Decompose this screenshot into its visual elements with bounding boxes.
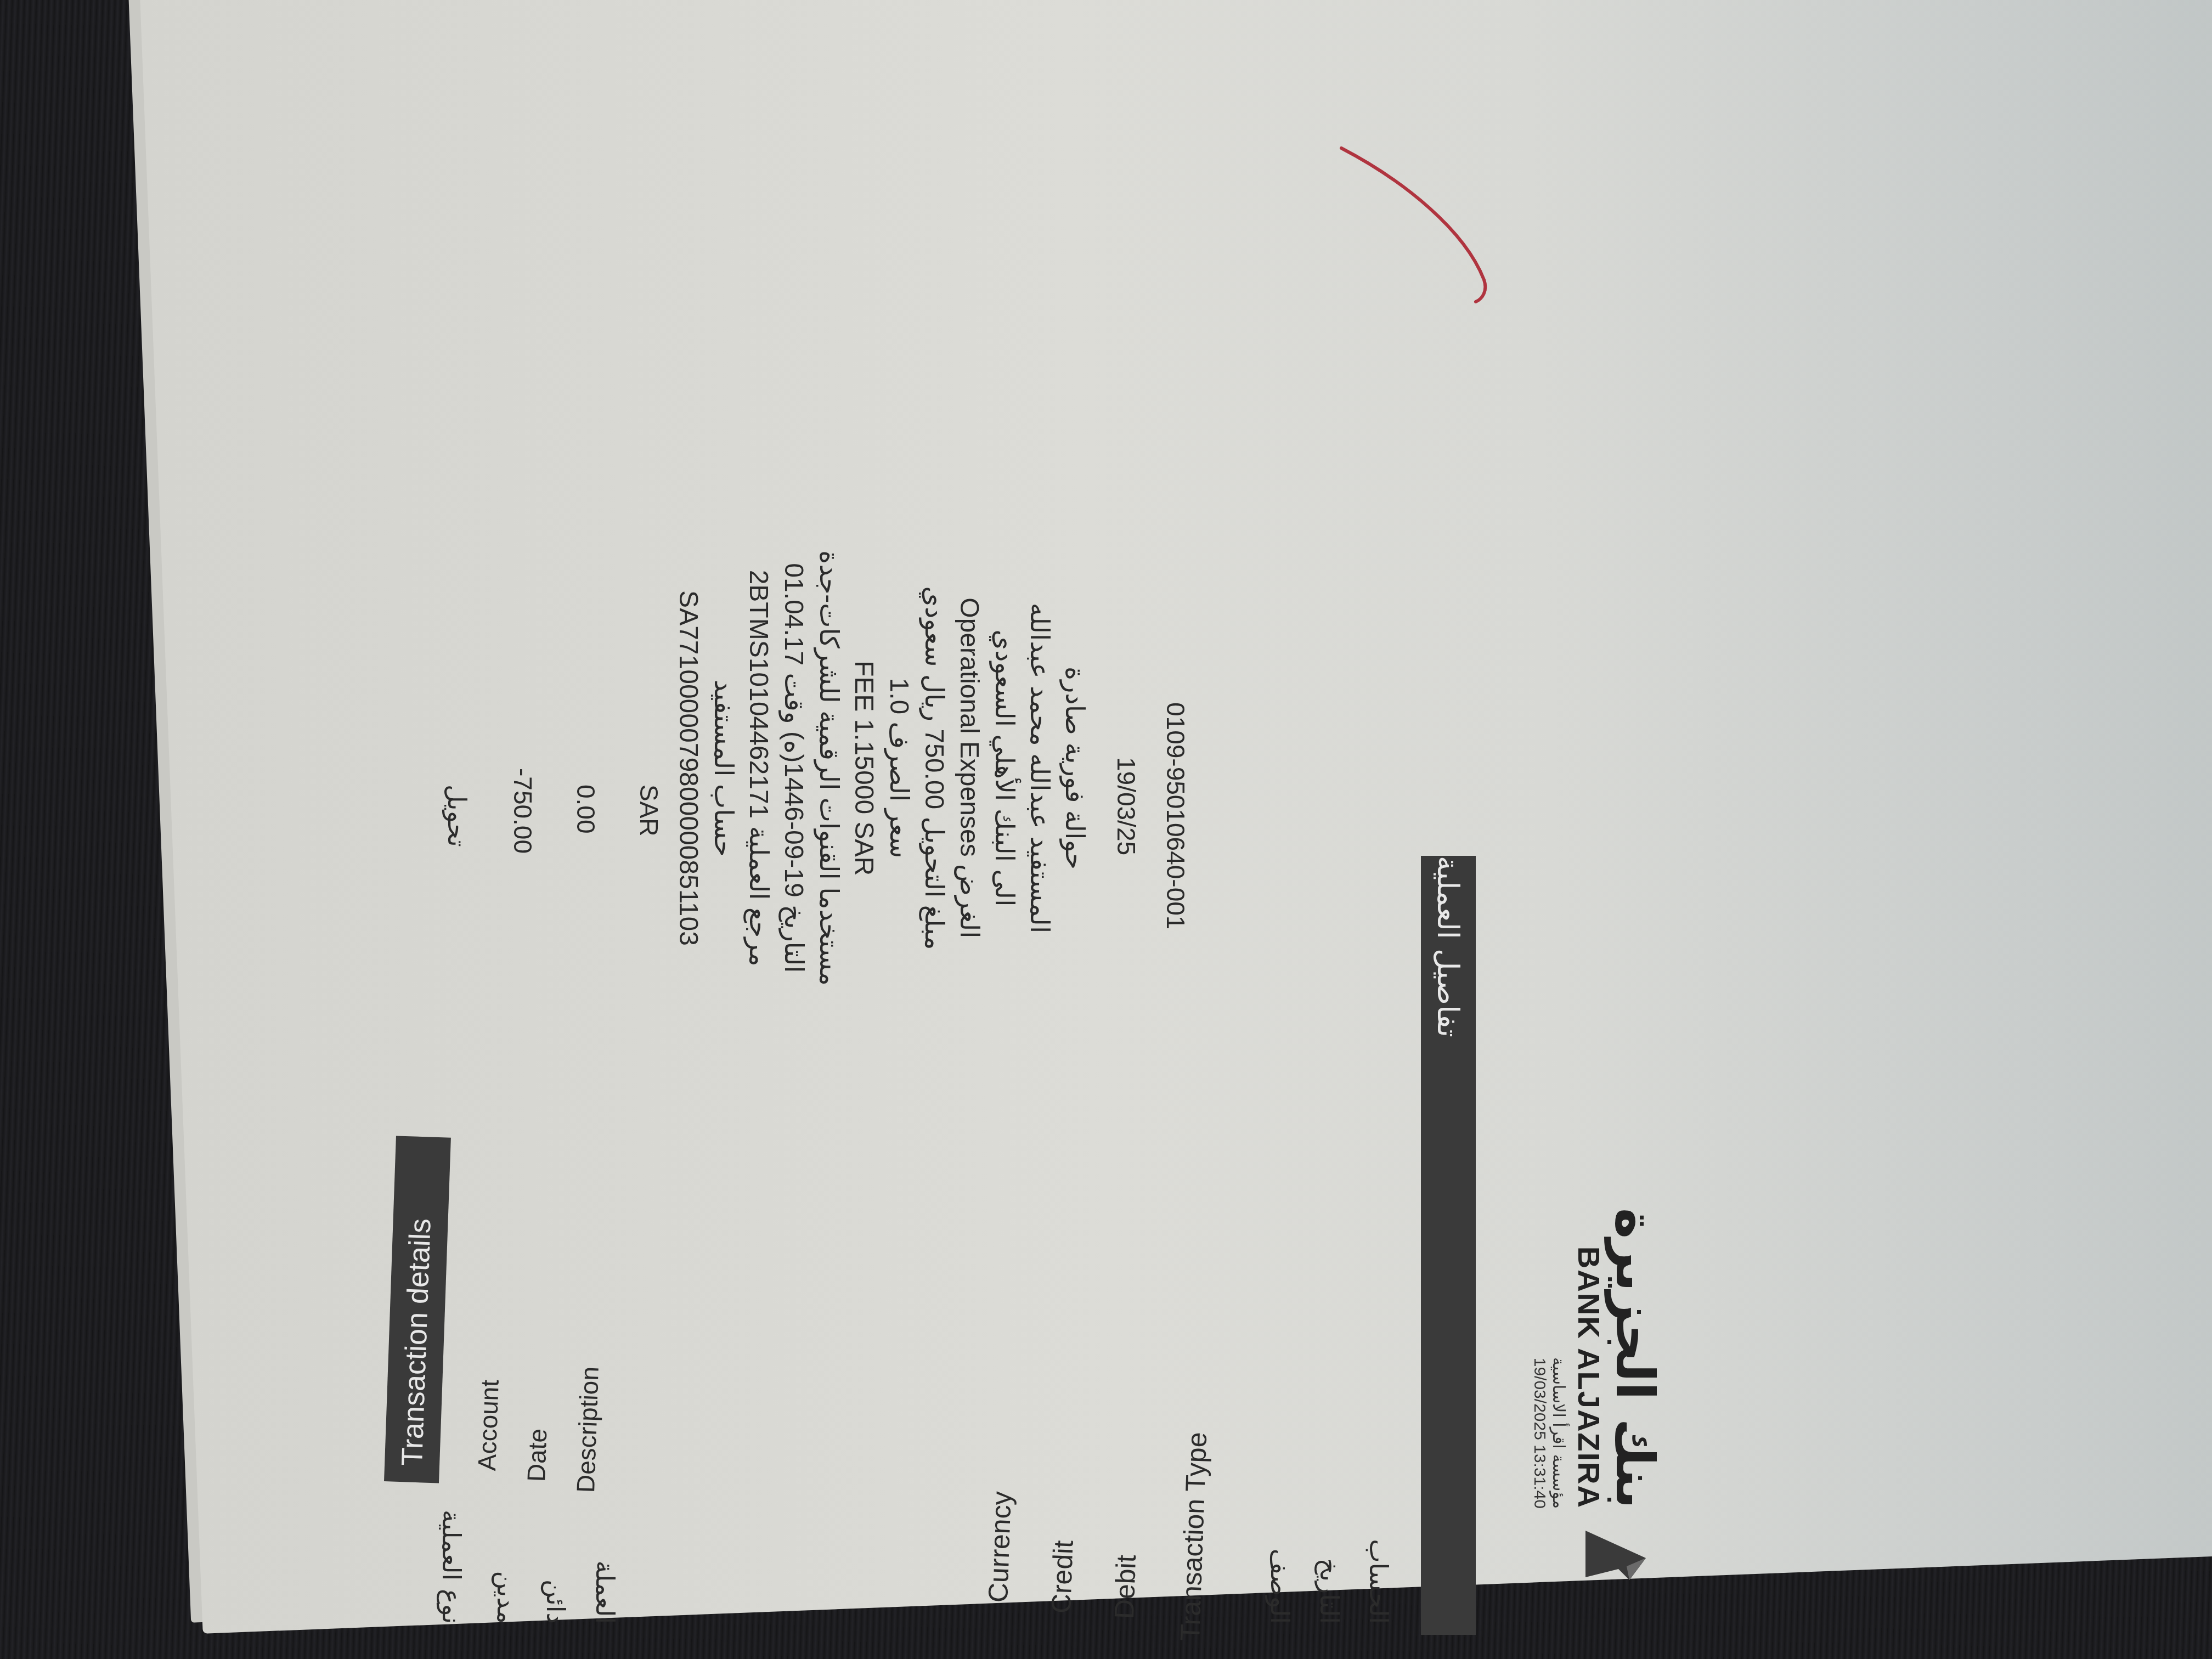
section-title-english: Transaction details xyxy=(395,1218,438,1466)
label-account-en: Account xyxy=(472,1379,505,1471)
label-currency-en: Currency xyxy=(982,1491,1018,1603)
english-labels-layer: Transaction details Account Date Descrip… xyxy=(0,0,2212,1659)
label-transaction-type-en: Transaction Type xyxy=(1174,1431,1213,1641)
label-credit-en: Credit xyxy=(1045,1540,1080,1614)
section-title-english-bar: Transaction details xyxy=(384,1136,451,1483)
label-debit-en: Debit xyxy=(1108,1554,1142,1620)
label-date-en: Date xyxy=(521,1428,552,1482)
label-description-en: Description xyxy=(571,1366,605,1493)
